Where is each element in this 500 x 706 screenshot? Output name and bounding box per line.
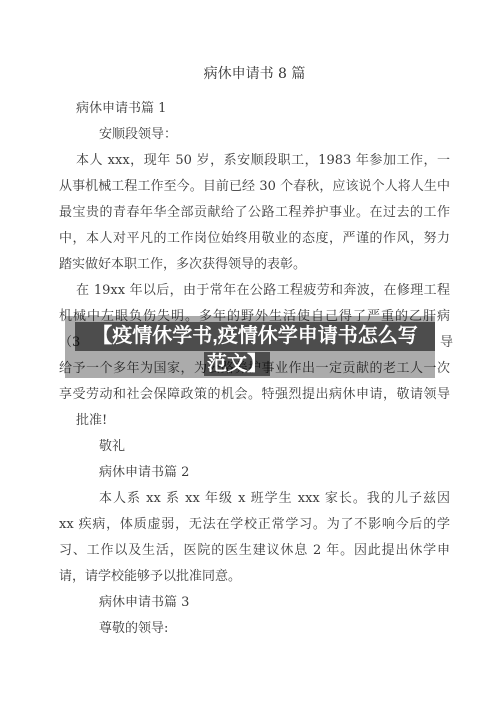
- doc-line: 请，请学校能够予以批准同意。: [59, 564, 450, 590]
- doc-line: 踏实做好本职工作，多次获得领导的表彰。: [59, 252, 450, 278]
- doc-line: xx 疾病，体质虚弱，无法在学校正常学习。为了不影响今后的学: [59, 512, 450, 538]
- doc-line: 最宝贵的青春年华全部贡献给了公路工程养护事业。在过去的工作: [59, 200, 450, 226]
- doc-line: 尊敬的领导:: [59, 616, 450, 642]
- watermark-overlay: 【疫情休学书,疫情休学申请书怎么写 范文】: [65, 316, 435, 378]
- document-page: 病休申请书 8 篇 病休申请书篇 1 安顺段领导： 本人 xxx，现年 50 岁…: [0, 0, 500, 706]
- doc-line: 在 19xx 年以后，由于常年在公路工程疲劳和奔波，在修理工程: [59, 278, 450, 304]
- page-title: 病休申请书 8 篇: [59, 62, 450, 88]
- doc-line: 从事机械工程工作至今。目前已经 30 个春秋，应该说个人将人生中: [59, 174, 450, 200]
- doc-line: 习、工作以及生活，医院的医生建议休息 2 年。因此提出休学申: [59, 538, 450, 564]
- doc-line: 安顺段领导：: [59, 122, 450, 148]
- watermark-line2-row: 范文】: [65, 351, 435, 376]
- doc-line: 本人系 xx 系 xx 年级 x 班学生 xxx 家长。我的儿子兹因 xxx 身…: [59, 486, 450, 512]
- doc-line: 本人 xxx，现年 50 岁，系安顺段职工，1983 年参加工作，一直: [59, 148, 450, 174]
- doc-line: 享受劳动和社会保障政策的机会。特强烈提出病休申请，敬请领导: [59, 382, 450, 408]
- watermark-line1: 【疫情休学书,疫情休学申请书怎么写: [75, 322, 435, 351]
- obscured-fragment-right: 导: [440, 330, 453, 356]
- doc-line: 批准!: [59, 408, 450, 434]
- doc-line: 病休申请书篇 1: [59, 96, 450, 122]
- doc-line: 中，本人对平凡的工作岗位始终用敬业的态度，严谨的作风，努力: [59, 226, 450, 252]
- doc-line: 敬礼: [59, 434, 450, 460]
- doc-line: 病休申请书篇 2: [59, 460, 450, 486]
- watermark-line2: 范文】: [204, 352, 270, 376]
- doc-line: 病休申请书篇 3: [59, 590, 450, 616]
